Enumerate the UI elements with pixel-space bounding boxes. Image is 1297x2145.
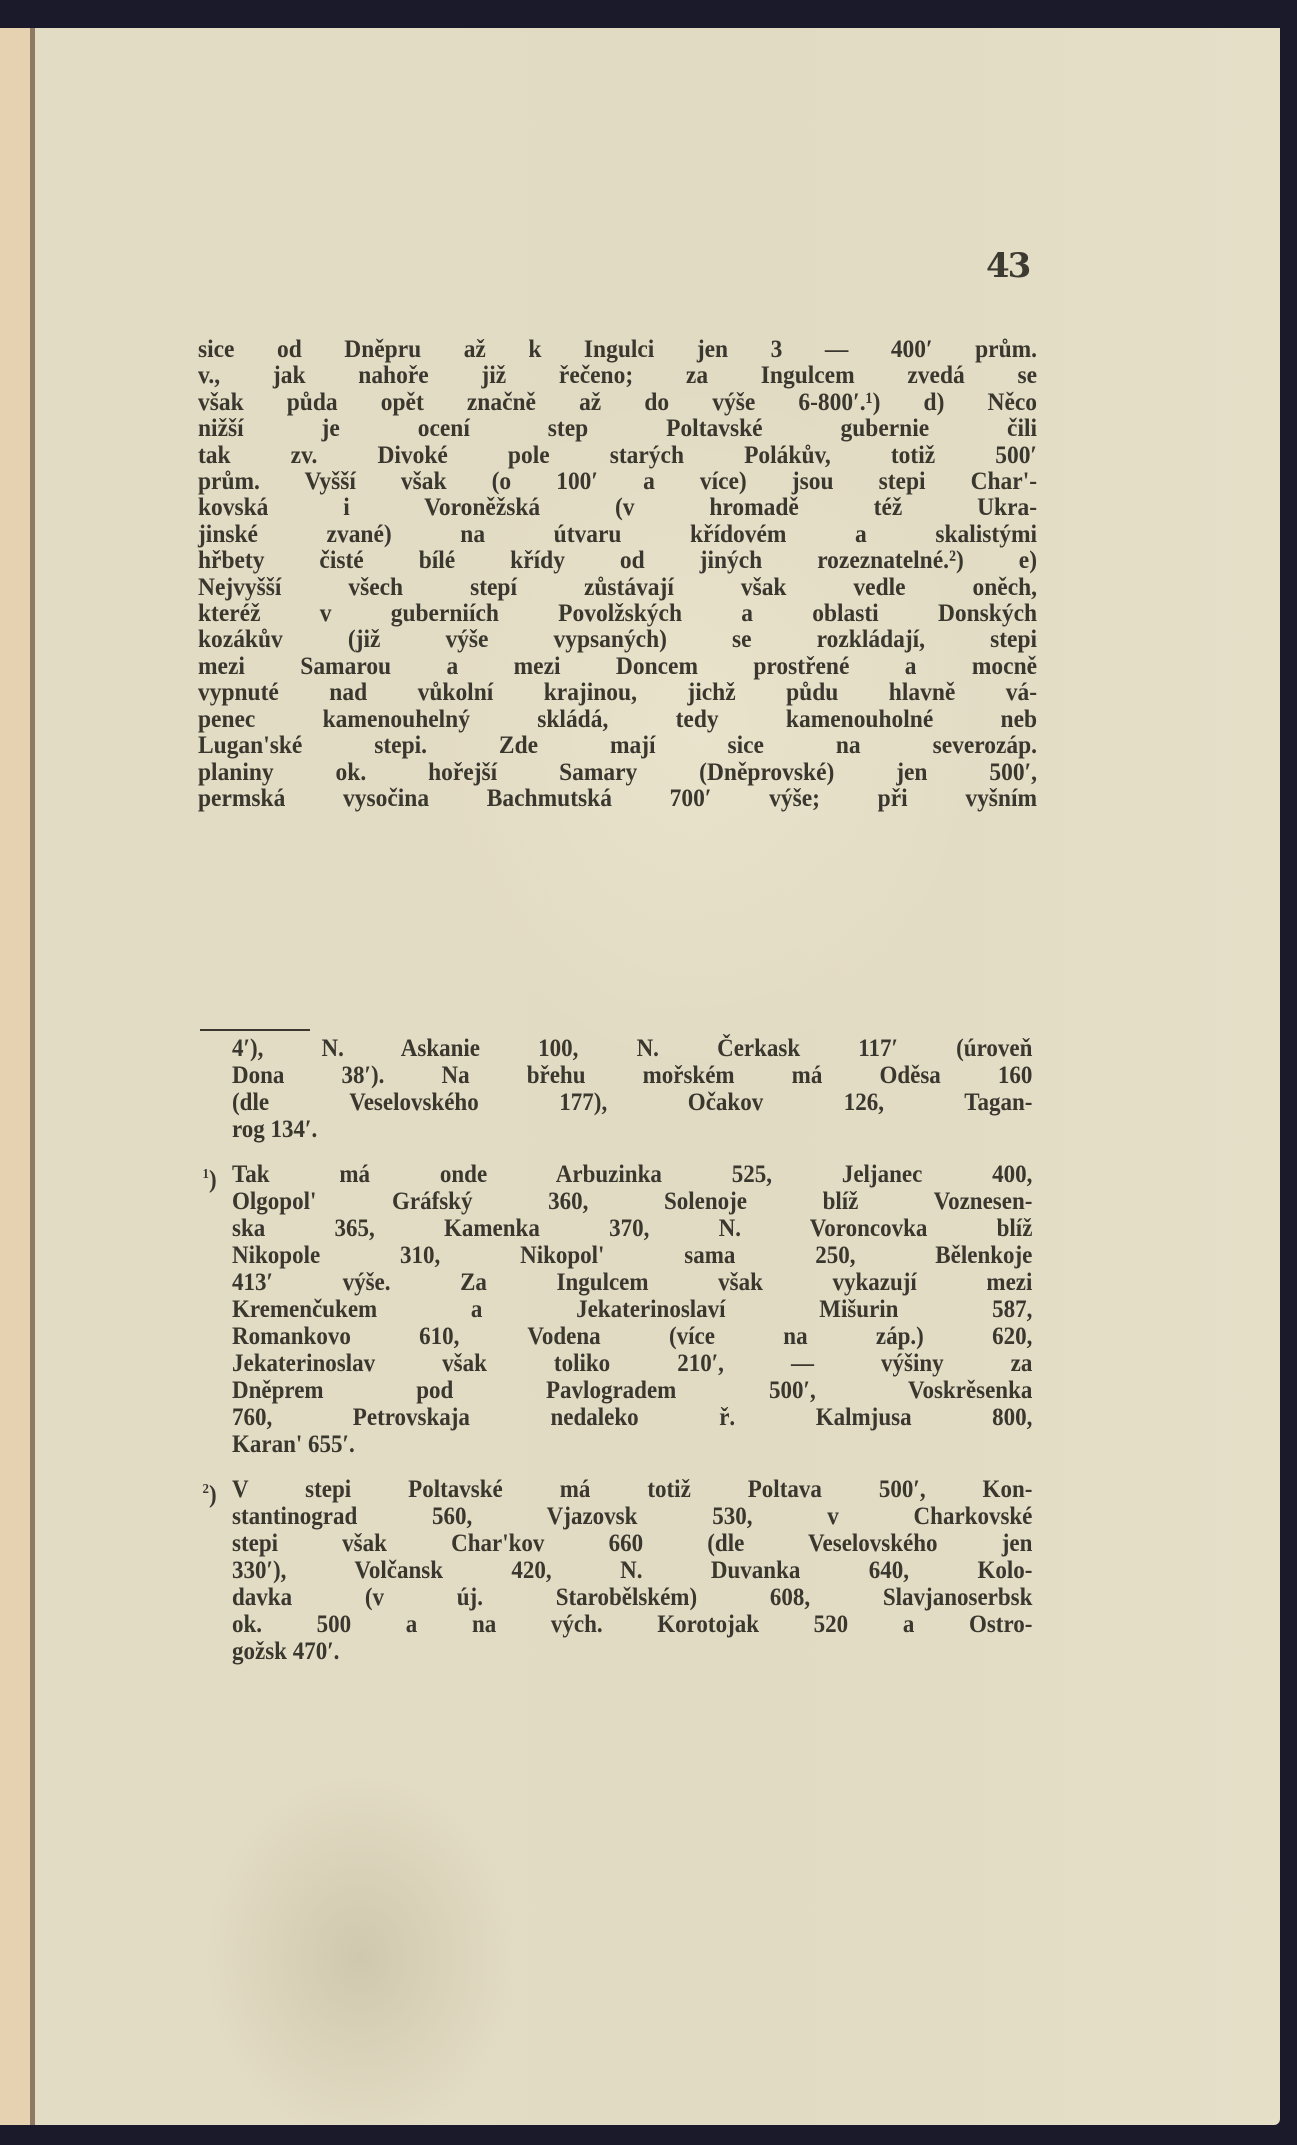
text-line: však půda opět značně až do výše 6-800′.… xyxy=(198,389,1037,415)
text-line: permská vysočina Bachmutská 700′ výše; p… xyxy=(198,785,1037,811)
footnote-line: Dona 38′). Na břehu mořském má Oděsa 160 xyxy=(232,1062,1032,1089)
text-line: hřbety čisté bílé křídy od jiných rozezn… xyxy=(198,547,1037,573)
footnote-line: V stepi Poltavské má totiž Poltava 500′,… xyxy=(232,1476,1032,1503)
footnote-continuation: 4′), N. Askanie 100, N. Čerkask 117′ (úr… xyxy=(232,1035,1032,1143)
footnote-line: 330′), Volčansk 420, N. Duvanka 640, Kol… xyxy=(232,1557,1032,1584)
text-line: nižší je ocení step Poltavské gubernie č… xyxy=(198,415,1037,441)
text-line: kteréž v guberniích Povolžských a oblast… xyxy=(198,600,1037,626)
footnote-line: davka (v új. Starobělském) 608, Slavjano… xyxy=(232,1584,1032,1611)
footnote-line: Dněprem pod Pavlogradem 500′, Voskrěsenk… xyxy=(232,1377,1032,1404)
footnote-line: Romankovo 610, Vodena (více na záp.) 620… xyxy=(232,1323,1032,1350)
page-edge-line xyxy=(30,28,35,2125)
footnote-line: Jekaterinoslav však toliko 210′, — výšin… xyxy=(232,1350,1032,1377)
page-number: 43 xyxy=(986,246,1029,286)
text-line: Lugan'ské stepi. Zde mají sice na severo… xyxy=(198,732,1037,758)
footnote-line: ska 365, Kamenka 370, N. Voroncovka blíž xyxy=(232,1215,1032,1242)
footnote-2: 2) V stepi Poltavské má totiž Poltava 50… xyxy=(232,1476,1032,1665)
footnote-line: ok. 500 a na vých. Korotojak 520 a Ostro… xyxy=(232,1611,1032,1638)
footnote-1: 1) Tak má onde Arbuzinka 525, Jeljanec 4… xyxy=(232,1161,1032,1458)
text-line: sice od Dněpru až k Ingulci jen 3 — 400′… xyxy=(198,336,1037,362)
text-line: vypnuté nad vůkolní krajinou, jichž půdu… xyxy=(198,679,1037,705)
footnote-line: 760, Petrovskaja nedaleko ř. Kalmjusa 80… xyxy=(232,1404,1032,1431)
footnote-line: 413′ výše. Za Ingulcem však vykazují mez… xyxy=(232,1269,1032,1296)
footnote-separator-rule xyxy=(200,1029,310,1031)
footnote-line: Tak má onde Arbuzinka 525, Jeljanec 400, xyxy=(232,1161,1032,1188)
main-text-block: sice od Dněpru až k Ingulci jen 3 — 400′… xyxy=(198,336,1037,811)
footnote-line: 4′), N. Askanie 100, N. Čerkask 117′ (úr… xyxy=(232,1035,1032,1062)
text-line: planiny ok. hořejší Samary (Dněprovské) … xyxy=(198,759,1037,785)
text-line: tak zv. Divoké pole starých Polákův, tot… xyxy=(198,442,1037,468)
text-line: jinské zvané) na útvaru křídovém a skali… xyxy=(198,521,1037,547)
footnote-marker: 2) xyxy=(203,1476,217,1508)
footnote-line: rog 134′. xyxy=(232,1116,1032,1143)
text-line: kovská i Voroněžská (v hromadě též Ukra- xyxy=(198,494,1037,520)
text-line: penec kamenouhelný skládá, tedy kamenouh… xyxy=(198,706,1037,732)
footnote-line: gožsk 470′. xyxy=(232,1638,1032,1665)
footnotes-block: 4′), N. Askanie 100, N. Čerkask 117′ (úr… xyxy=(232,1035,1032,1683)
text-line: prům. Vyšší však (o 100′ a více) jsou st… xyxy=(198,468,1037,494)
footnote-line: (dle Veselovského 177), Očakov 126, Taga… xyxy=(232,1089,1032,1116)
text-line: Nejvyšší všech stepí zůstávají však vedl… xyxy=(198,574,1037,600)
footnote-line: stepi však Char'kov 660 (dle Veselovskéh… xyxy=(232,1530,1032,1557)
footnote-line: Karan' 655′. xyxy=(232,1431,1032,1458)
footnote-marker: 1) xyxy=(203,1161,217,1193)
footnote-line: Kremenčukem a Jekaterinoslaví Mišurin 58… xyxy=(232,1296,1032,1323)
text-line: v., jak nahoře již řečeno; za Ingulcem z… xyxy=(198,362,1037,388)
book-page: 43 sice od Dněpru až k Ingulci jen 3 — 4… xyxy=(0,28,1280,2125)
footnote-line: Nikopole 310, Nikopol' sama 250, Bělenko… xyxy=(232,1242,1032,1269)
text-line: mezi Samarou a mezi Doncem prostřené a m… xyxy=(198,653,1037,679)
footnote-line: Olgopol' Gráfský 360, Solenoje blíž Vozn… xyxy=(232,1188,1032,1215)
footnote-line: stantinograd 560, Vjazovsk 530, v Charko… xyxy=(232,1503,1032,1530)
text-line: kozákův (již výše vypsaných) se rozkláda… xyxy=(198,626,1037,652)
